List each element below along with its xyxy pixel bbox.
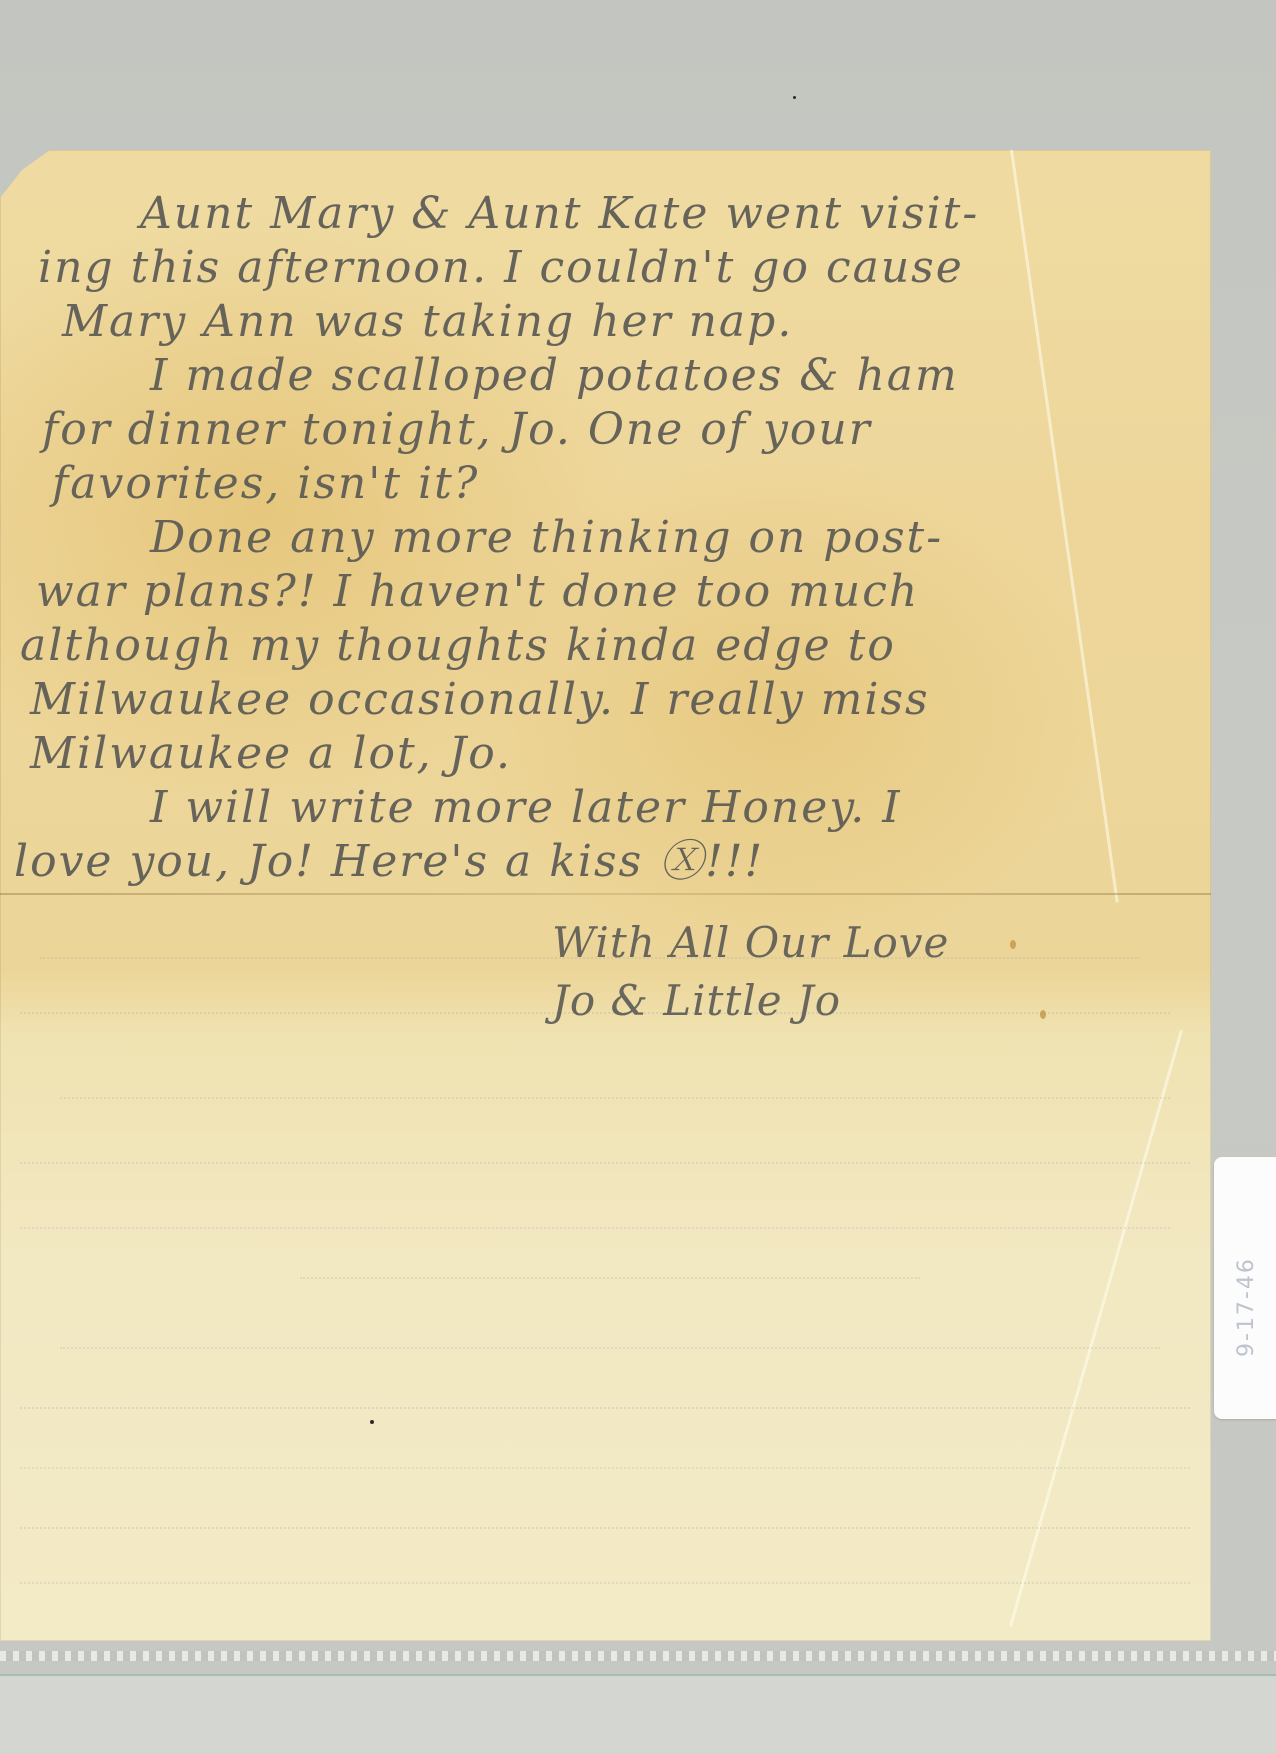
paper-stain	[1010, 940, 1016, 949]
letter-text: Aunt Mary & Aunt Kate went visit- ing th…	[0, 150, 1211, 1641]
archive-tag: 9-17-46	[1214, 1157, 1276, 1419]
letter-line: favorites, isn't it?	[52, 462, 479, 506]
letter-line: Mary Ann was taking her nap.	[62, 300, 793, 344]
letter-line: I made scalloped potatoes & ham	[150, 354, 959, 398]
signature: Jo & Little Jo	[552, 980, 841, 1022]
sleeve-bottom	[0, 1676, 1276, 1754]
letter-line: Aunt Mary & Aunt Kate went visit-	[140, 192, 979, 236]
letter-page: Aunt Mary & Aunt Kate went visit- ing th…	[0, 150, 1211, 1641]
letter-line: Done any more thinking on post-	[150, 516, 943, 560]
letter-line: I will write more later Honey. I	[150, 786, 902, 830]
sleeve-seam	[0, 1651, 1276, 1661]
letter-line: although my thoughts kinda edge to	[20, 624, 896, 668]
closing: With All Our Love	[552, 922, 949, 964]
scan-speck	[793, 96, 796, 99]
letter-line: Milwaukee a lot, Jo.	[30, 732, 512, 776]
letter-line: ing this afternoon. I couldn't go cause	[38, 246, 964, 290]
paper-stain	[1040, 1010, 1046, 1019]
letter-line: war plans?! I haven't done too much	[36, 570, 919, 614]
letter-line: Milwaukee occasionally. I really miss	[30, 678, 930, 722]
paper-speck	[370, 1420, 374, 1424]
letter-line: for dinner tonight, Jo. One of your	[42, 408, 872, 452]
tag-label: 9-17-46	[1234, 1257, 1259, 1357]
letter-line: love you, Jo! Here's a kiss Ⓧ!!!	[14, 840, 764, 884]
